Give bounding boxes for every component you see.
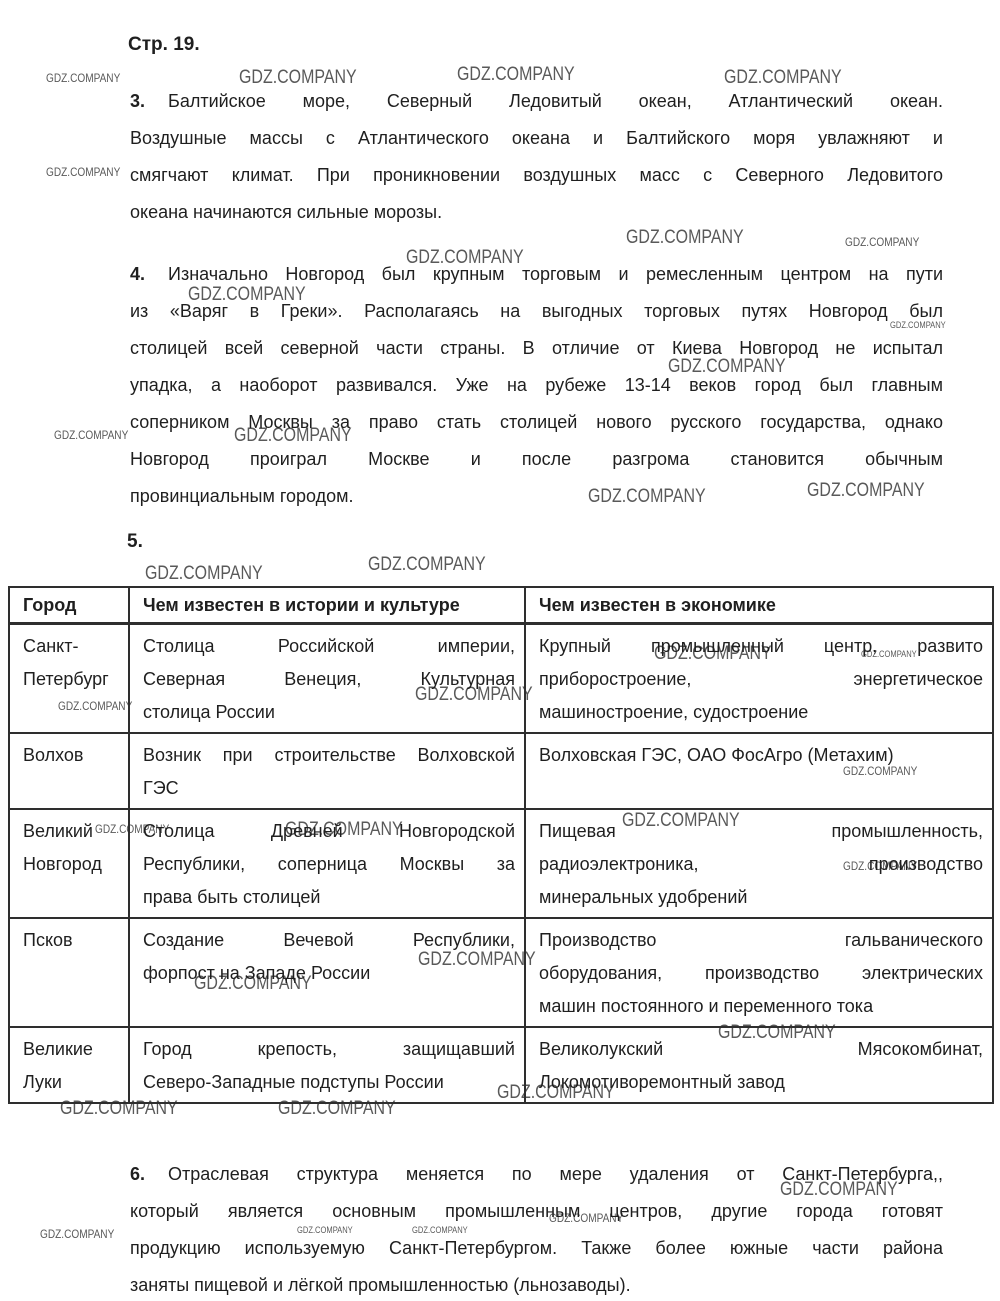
cities-table: Город Чем известен в истории и культуре … bbox=[8, 586, 994, 1104]
answer-6: 6. Отраслевая структура меняется по мере… bbox=[130, 1156, 943, 1301]
cell-history: Столица Российской империи, Северная Вен… bbox=[129, 624, 525, 734]
cell-history: Город крепость, защищавший Северо-Западн… bbox=[129, 1027, 525, 1103]
answer-3: 3. Балтийское море, Северный Ледовитый о… bbox=[130, 83, 943, 231]
cell-text-last: Северо-Западные подступы России bbox=[143, 1066, 515, 1099]
table-row: Волхов Возник при строительстве Волховск… bbox=[9, 733, 993, 809]
answer-6-number: 6. bbox=[130, 1156, 145, 1193]
cell-city: Волхов bbox=[9, 733, 129, 809]
cell-history: Создание Вечевой Республики, форпост на … bbox=[129, 918, 525, 1027]
answer-4: 4. Изначально Новгород был крупным торго… bbox=[130, 256, 943, 515]
answer-4-number: 4. bbox=[130, 256, 145, 293]
cell-text-last: ГЭС bbox=[143, 772, 515, 805]
cell-economy: Производство гальванического оборудовани… bbox=[525, 918, 993, 1027]
cell-text-last: машиностроение, судостроение bbox=[539, 696, 983, 729]
cell-text-last: машин постоянного и переменного тока bbox=[539, 990, 983, 1023]
cell-text-last: права быть столицей bbox=[143, 881, 515, 914]
cell-text: Возник при строительстве Волховской bbox=[143, 739, 515, 772]
watermark: GDZ.COMPANY bbox=[145, 564, 263, 583]
table-header-row: Город Чем известен в истории и культуре … bbox=[9, 587, 993, 624]
cell-text-last: форпост на Западе России bbox=[143, 957, 515, 990]
watermark: GDZ.COMPANY bbox=[54, 429, 128, 441]
cell-history: Возник при строительстве Волховской ГЭС bbox=[129, 733, 525, 809]
table-row: Псков Создание Вечевой Республики, форпо… bbox=[9, 918, 993, 1027]
answer-3-text: Балтийское море, Северный Ледовитый океа… bbox=[130, 83, 943, 194]
watermark: GDZ.COMPANY bbox=[40, 1228, 114, 1240]
cell-economy: Пищевая промышленность, радиоэлектроника… bbox=[525, 809, 993, 918]
cell-text: Производство гальванического оборудовани… bbox=[539, 924, 983, 990]
answer-6-text-last: заняты пищевой и лёгкой промышленностью … bbox=[130, 1267, 943, 1301]
cell-economy: Крупный промышленный центр, развито приб… bbox=[525, 624, 993, 734]
table-row: Санкт-Петербург Столица Российской импер… bbox=[9, 624, 993, 734]
header-history: Чем известен в истории и культуре bbox=[129, 587, 525, 624]
answer-4-text-last: провинциальным городом. bbox=[130, 478, 943, 515]
cell-city: Великий Новгород bbox=[9, 809, 129, 918]
cell-text-last: Волховская ГЭС, ОАО ФосАгро (Метахим) bbox=[539, 739, 983, 772]
watermark: GDZ.COMPANY bbox=[457, 65, 575, 84]
watermark: GDZ.COMPANY bbox=[46, 72, 120, 84]
answer-5-number: 5. bbox=[127, 531, 143, 553]
watermark: GDZ.COMPANY bbox=[845, 236, 919, 248]
cell-text: Столица Древней Новгородской Республики,… bbox=[143, 815, 515, 881]
cell-economy: Великолукский Мясокомбинат, Локомотиворе… bbox=[525, 1027, 993, 1103]
cell-city: Псков bbox=[9, 918, 129, 1027]
cell-text-last: столица России bbox=[143, 696, 515, 729]
cell-text-last: Локомотиворемонтный завод bbox=[539, 1066, 983, 1099]
answer-3-number: 3. bbox=[130, 83, 145, 120]
header-city: Город bbox=[9, 587, 129, 624]
answer-6-text: Отраслевая структура меняется по мере уд… bbox=[130, 1156, 943, 1267]
cell-city: Великие Луки bbox=[9, 1027, 129, 1103]
header-economy: Чем известен в экономике bbox=[525, 587, 993, 624]
table-row: Великий Новгород Столица Древней Новгоро… bbox=[9, 809, 993, 918]
cell-text: Город крепость, защищавший bbox=[143, 1033, 515, 1066]
cell-history: Столица Древней Новгородской Республики,… bbox=[129, 809, 525, 918]
page-title: Стр. 19. bbox=[128, 34, 200, 56]
answer-3-text-last: океана начинаются сильные морозы. bbox=[130, 194, 943, 231]
watermark: GDZ.COMPANY bbox=[46, 166, 120, 178]
watermark: GDZ.COMPANY bbox=[368, 555, 486, 574]
cell-text: Великолукский Мясокомбинат, bbox=[539, 1033, 983, 1066]
cell-text-last: минеральных удобрений bbox=[539, 881, 983, 914]
document-page: GDZ.COMPANYGDZ.COMPANYGDZ.COMPANYGDZ.COM… bbox=[0, 0, 1000, 1301]
answer-4-text: Изначально Новгород был крупным торговым… bbox=[130, 256, 943, 478]
cell-text: Создание Вечевой Республики, bbox=[143, 924, 515, 957]
cell-text: Пищевая промышленность, радиоэлектроника… bbox=[539, 815, 983, 881]
cell-text: Столица Российской империи, Северная Вен… bbox=[143, 630, 515, 696]
cell-economy: Волховская ГЭС, ОАО ФосАгро (Метахим) bbox=[525, 733, 993, 809]
cell-text: Крупный промышленный центр, развито приб… bbox=[539, 630, 983, 696]
cell-city: Санкт-Петербург bbox=[9, 624, 129, 734]
table-row: Великие Луки Город крепость, защищавший … bbox=[9, 1027, 993, 1103]
